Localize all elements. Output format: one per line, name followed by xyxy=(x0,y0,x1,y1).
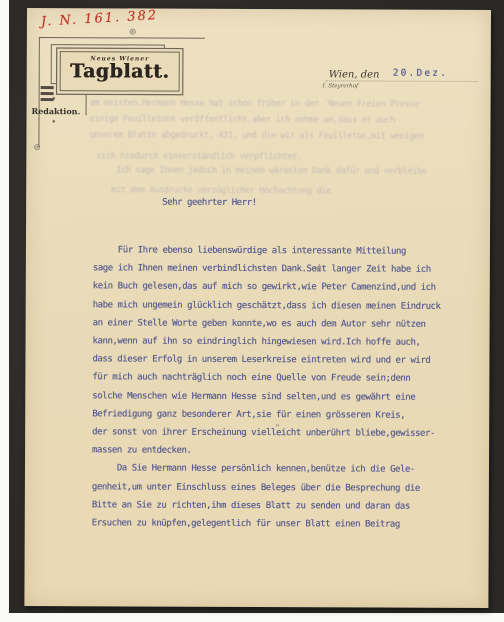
handwritten-correction-mark: (w) xyxy=(311,265,322,273)
bars-ornament-icon xyxy=(41,92,54,95)
ghost-line: unserem Blatte abgedruckt, 431, und die … xyxy=(89,130,423,141)
ghost-line: einige Feuilletons veröffentlicht,aber i… xyxy=(89,114,395,125)
diamond-icon: ♦ xyxy=(52,97,57,102)
masthead-frame: Neues Wiener Tagblatt. xyxy=(60,51,180,92)
diamond-icon: ♦ xyxy=(51,120,56,125)
department-label: Redaktion. xyxy=(32,106,80,116)
ghost-line: mit dem Ausdrucke vorzüglicher Hochachtu… xyxy=(111,185,331,196)
overtype-mark: " xyxy=(275,423,280,432)
letter-body: Für Ihre ebenso liebenswürdige als inter… xyxy=(92,241,453,534)
rosette-icon: ⊛ xyxy=(129,28,137,37)
ghost-line: Ich sage Ihnen jedoch in meinem wärmsten… xyxy=(116,165,426,176)
letter-page: J. N. 161. 382 ⊛ ⊛ ⊛ Neues Wiener Tagbla… xyxy=(24,8,491,608)
rosette-icon: ⊛ xyxy=(33,144,41,153)
typed-date: 20.Dez. xyxy=(393,68,448,79)
bars-ornament-icon xyxy=(41,86,54,89)
address-line: I. Steyrerhof xyxy=(323,83,358,89)
frame-top-rule xyxy=(39,37,205,39)
masthead-title: Tagblatt. xyxy=(61,62,179,82)
ghost-line: sich hiedurch einverständlich verpflicht… xyxy=(96,151,301,162)
ghost-line: am meisten.Hermann Hesse hat schon frühe… xyxy=(90,98,424,109)
dateline-printed-label: Wien, den xyxy=(329,69,380,80)
salutation: Sehr geehrter Herr! xyxy=(162,198,256,208)
handwritten-file-number: J. N. 161. 382 xyxy=(41,8,159,30)
